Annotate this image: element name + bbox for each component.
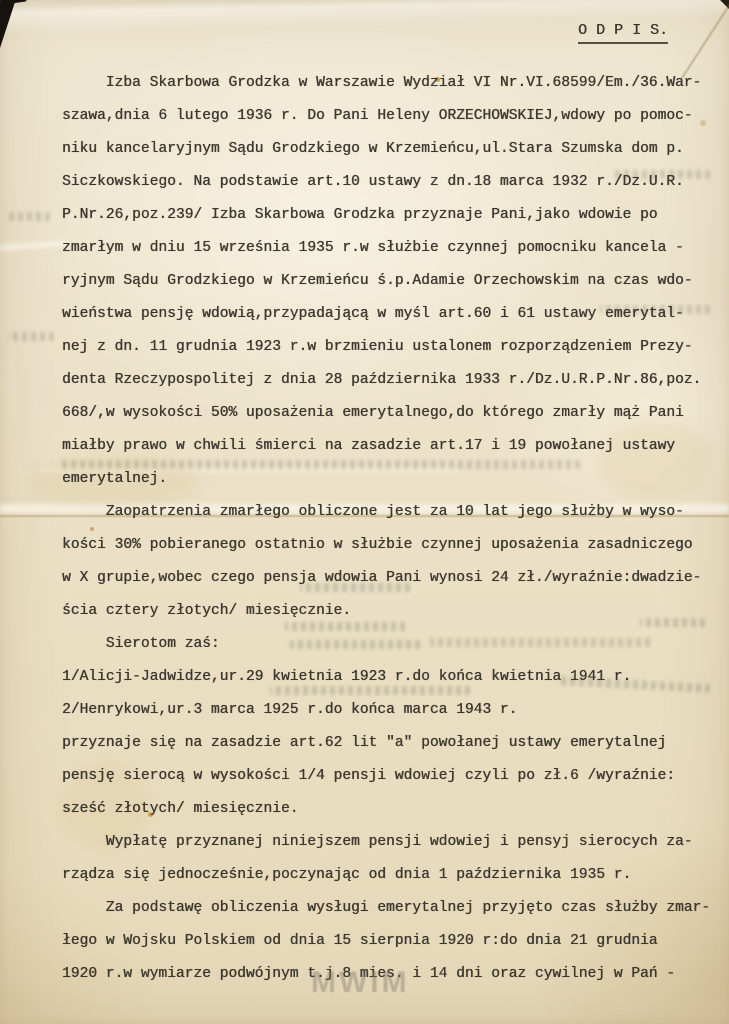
bleed-through-smudge [8,212,50,221]
scanned-document-page: O D P I S. Izba Skarbowa Grodzka w Warsz… [0,0,729,1024]
document-body-text: Izba Skarbowa Grodzka w Warszawie Wydzia… [62,67,710,991]
document-title: O D P I S. [578,22,668,44]
paper-crease-left [0,241,70,251]
archive-watermark: MWIM [311,966,410,1000]
bleed-through-smudge [8,332,54,341]
scan-black-corner-top-left [0,2,15,48]
